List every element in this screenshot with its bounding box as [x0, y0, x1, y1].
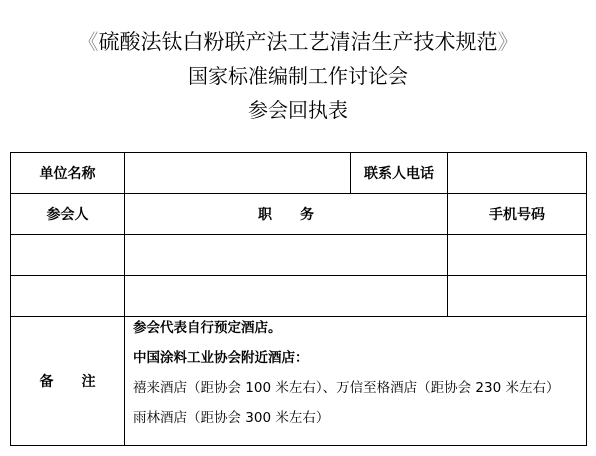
remarks-line-hotels-a: 禧来酒店（距协会 100 米左右）、万信至格酒店（距协会 230 米左右）	[133, 381, 586, 395]
document-title-line3: 参会回执表	[0, 94, 596, 123]
contact-phone-field[interactable]	[448, 153, 587, 194]
remarks-label-char1: 备	[40, 374, 54, 390]
remarks-label-char2: 注	[82, 374, 96, 390]
remarks-row: 备注 参会代表自行预定酒店。 中国涂料工业协会附近酒店： 禧来酒店（距协会 10…	[11, 317, 587, 446]
attendee-header-row: 参会人 职务 手机号码	[11, 194, 587, 235]
contact-phone-label: 联系人电话	[351, 153, 448, 194]
attendee-row	[11, 276, 587, 317]
position-header-char2: 务	[300, 207, 314, 223]
remarks-line-nearby-hotels: 中国涂料工业协会附近酒店：	[133, 351, 586, 365]
unit-name-label: 单位名称	[11, 153, 125, 194]
attendee-position-field[interactable]	[125, 235, 448, 276]
position-header: 职务	[125, 194, 448, 235]
registration-form-table: 单位名称 联系人电话 参会人 职务 手机号码 备注 参会代表自行预定酒店。 中国…	[10, 152, 587, 446]
document-title-line1: 《硫酸法钛白粉联产法工艺清洁生产技术规范》	[0, 26, 596, 56]
unit-info-row: 单位名称 联系人电话	[11, 153, 587, 194]
attendee-name-field[interactable]	[11, 276, 125, 317]
mobile-header: 手机号码	[448, 194, 587, 235]
unit-name-field[interactable]	[125, 153, 351, 194]
standard-name: 硫酸法钛白粉联产法工艺清洁生产技术规范	[99, 30, 498, 54]
remarks-line-booking: 参会代表自行预定酒店。	[133, 321, 586, 335]
remarks-label: 备注	[11, 317, 125, 446]
attendee-row	[11, 235, 587, 276]
attendee-mobile-field[interactable]	[448, 276, 587, 317]
document-title-line2: 国家标准编制工作讨论会	[0, 60, 596, 89]
close-book-bracket: 》	[498, 30, 519, 54]
open-book-bracket: 《	[78, 30, 99, 54]
position-header-char1: 职	[258, 207, 272, 223]
attendee-mobile-field[interactable]	[448, 235, 587, 276]
attendee-header: 参会人	[11, 194, 125, 235]
remarks-line-hotels-b: 雨林酒店（距协会 300 米左右）	[133, 411, 586, 425]
remarks-content: 参会代表自行预定酒店。 中国涂料工业协会附近酒店： 禧来酒店（距协会 100 米…	[125, 317, 587, 446]
attendee-name-field[interactable]	[11, 235, 125, 276]
attendee-position-field[interactable]	[125, 276, 448, 317]
